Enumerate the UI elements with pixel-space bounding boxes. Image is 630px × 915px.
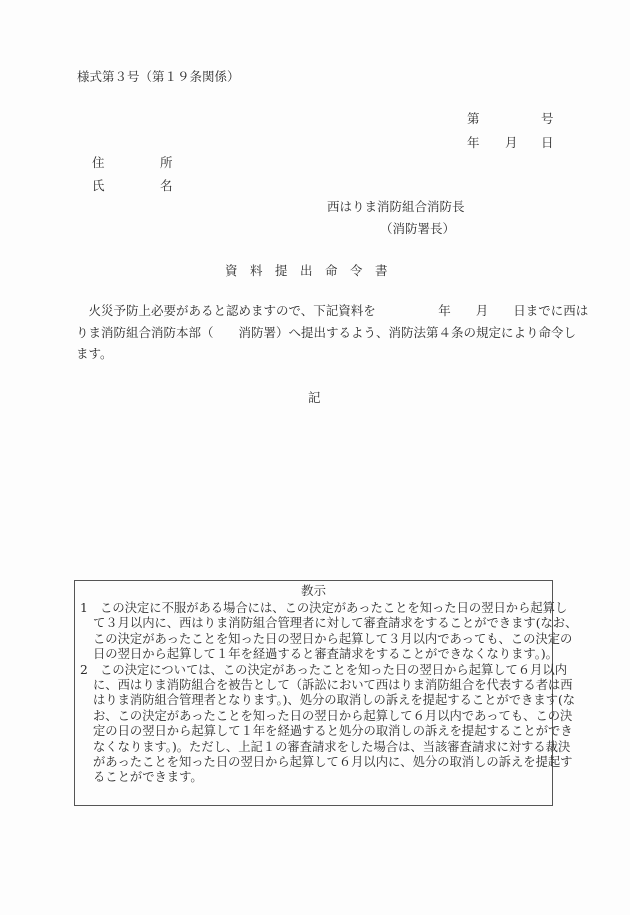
body-line: 火災予防上必要があると認めますので、下記資料を 年 月 日までに西は (76, 300, 556, 322)
document-number-go: 号 (541, 113, 554, 126)
notice-line: があったことを知った日の翌日から起算して６月以内に、処分の取消しの訴えを提起す (80, 755, 577, 770)
address-label-2: 所 (160, 157, 173, 170)
date-year-label: 年 (467, 137, 480, 150)
ki-heading: 記 (308, 392, 321, 405)
issuer-subtitle: （消防署長） (380, 223, 455, 236)
address-label-1: 住 (92, 157, 105, 170)
notice-box: 教示 1 この決定に不服がある場合には、この決定があったことを知った日の翌日から… (74, 580, 553, 806)
notice-line: お、この決定があったことを知った日の翌日から起算して６月以内であっても、この決 (80, 709, 577, 724)
issuer-name: 西はりま消防組合消防長 (327, 201, 465, 214)
date-day-label: 日 (541, 137, 554, 150)
body-line: りま消防組合消防本部（ 消防署）へ提出するよう、消防法第４条の規定により命令し (76, 322, 556, 344)
name-label-1: 氏 (92, 180, 105, 193)
notice-title: 教示 (75, 585, 552, 598)
document-title: 資料提出命令書 (225, 265, 400, 278)
notice-line: ることができます。 (80, 770, 577, 785)
body-line: ます。 (76, 343, 556, 365)
notice-lines: 1 この決定に不服がある場合には、この決定があったことを知った日の翌日から起算し… (80, 601, 577, 786)
notice-line: 日の翌日から起算して１年を経過すると審査請求をすることができなくなります。)。 (80, 647, 577, 662)
form-number: 様式第３号（第１９条関係） (77, 71, 240, 84)
notice-line: に、西はりま消防組合を被告として（訴訟において西はりま消防組合を代表する者は西 (80, 678, 577, 693)
body-text: 火災予防上必要があると認めますので、下記資料を 年 月 日までに西は りま消防組… (76, 300, 556, 365)
date-month-label: 月 (505, 137, 518, 150)
name-label-2: 名 (160, 180, 173, 193)
notice-line: 定の日の翌日から起算して１年を経過すると処分の取消しの訴えを提起することができ (80, 724, 577, 739)
notice-line: はりま消防組合管理者となります。)、処分の取消しの訴えを提起することができます(… (80, 693, 577, 708)
document-number-dai: 第 (467, 113, 480, 126)
notice-line: て３月以内に、西はりま消防組合管理者に対して審査請求をすることができます(なお、 (80, 616, 577, 631)
notice-line: この決定があったことを知った日の翌日から起算して３月以内であっても、この決定の (80, 632, 577, 647)
notice-line: 1 この決定に不服がある場合には、この決定があったことを知った日の翌日から起算し (80, 601, 577, 616)
notice-line: 2 この決定については、この決定があったことを知った日の翌日から起算して６月以内 (80, 663, 577, 678)
notice-line: なくなります。)。ただし、上記１の審査請求をした場合は、当該審査請求に対する裁決 (80, 740, 577, 755)
